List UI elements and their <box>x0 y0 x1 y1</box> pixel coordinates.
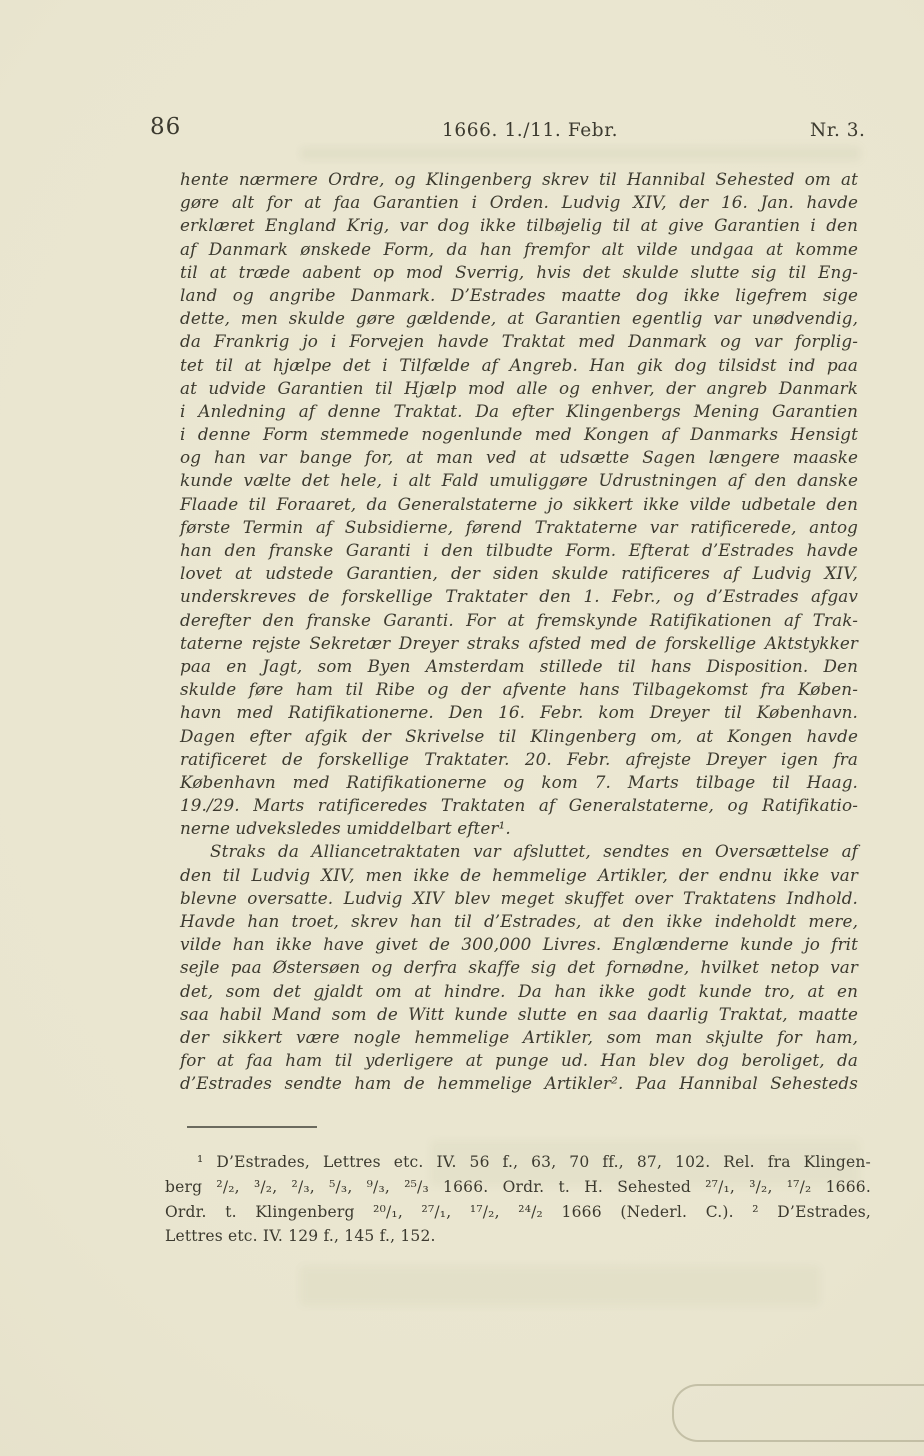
text-line: Dagen efter afgik der Skrivelse til Klin… <box>180 725 858 748</box>
footnote-line: berg ²/₂, ³/₂, ²/₃, ⁵/₃, ⁹/₃, ²⁵/₃ 1666.… <box>165 1175 871 1200</box>
text-line-paragraph-end: nerne udveksledes umiddelbart efter¹. <box>180 817 858 840</box>
text-line: kunde vælte det hele, i alt Fald umuligg… <box>180 469 858 492</box>
footnote-separator-rule <box>187 1126 317 1128</box>
text-line-paragraph-start: Straks da Alliancetraktaten var afslutte… <box>180 840 858 863</box>
text-line: gøre alt for at faa Garantien i Orden. L… <box>180 191 858 214</box>
main-text-block: hente nærmere Ordre, og Klingenberg skre… <box>180 168 858 1096</box>
page-number: 86 <box>150 114 181 140</box>
text-line: den til Ludvig XIV, men ikke de hemmelig… <box>180 864 858 887</box>
text-line: København med Ratifikationerne og kom 7.… <box>180 771 858 794</box>
show-through-ghost <box>300 147 860 160</box>
text-line: lovet at udstede Garantien, der siden sk… <box>180 562 858 585</box>
text-line: 19./29. Marts ratificeredes Traktaten af… <box>180 794 858 817</box>
text-line: vilde han ikke have givet de 300,000 Liv… <box>180 933 858 956</box>
text-line: d’Estrades sendte ham de hemmelige Artik… <box>180 1072 858 1095</box>
show-through-ghost <box>300 1266 820 1306</box>
text-line: underskreves de forskellige Traktater de… <box>180 585 858 608</box>
text-line: erklæret England Krig, var dog ikke tilb… <box>180 214 858 237</box>
text-line: blevne oversatte. Ludvig XIV blev meget … <box>180 887 858 910</box>
book-page-scan: 86 1666. 1./11. Febr. Nr. 3. hente nærme… <box>0 0 924 1456</box>
footnote-line: ¹ D’Estrades, Lettres etc. IV. 56 f., 63… <box>165 1150 871 1175</box>
scan-corner-outline-artifact <box>672 1384 924 1442</box>
text-line: til at træde aabent op mod Sverrig, hvis… <box>180 261 858 284</box>
text-line: taterne rejste Sekretær Dreyer straks af… <box>180 632 858 655</box>
text-line: at udvide Garantien til Hjælp mod alle o… <box>180 377 858 400</box>
running-head-date: 1666. 1./11. Febr. <box>442 120 618 141</box>
text-line: skulde føre ham til Ribe og der afvente … <box>180 678 858 701</box>
text-line: havn med Ratifikationerne. Den 16. Febr.… <box>180 701 858 724</box>
text-line: tet til at hjælpe det i Tilfælde af Angr… <box>180 354 858 377</box>
text-line: hente nærmere Ordre, og Klingenberg skre… <box>180 168 858 191</box>
text-line: i denne Form stemmede nogenlunde med Kon… <box>180 423 858 446</box>
text-line: dette, men skulde gøre gældende, at Gara… <box>180 307 858 330</box>
text-line: ratificeret de forskellige Traktater. 20… <box>180 748 858 771</box>
text-line: han den franske Garanti i den tilbudte F… <box>180 539 858 562</box>
footnote-line: Lettres etc. IV. 129 f., 145 f., 152. <box>165 1224 871 1249</box>
text-line: Havde han troet, skrev han til d’Estrade… <box>180 910 858 933</box>
text-line: i Anledning af denne Traktat. Da efter K… <box>180 400 858 423</box>
text-line: Flaade til Foraaret, da Generalstaterne … <box>180 493 858 516</box>
text-line: land og angribe Danmark. D’Estrades maat… <box>180 284 858 307</box>
text-line: da Frankrig jo i Forvejen havde Traktat … <box>180 330 858 353</box>
text-line: og han var bange for, at man ved at udsæ… <box>180 446 858 469</box>
text-line: derefter den franske Garanti. For at fre… <box>180 609 858 632</box>
text-line: saa habil Mand som de Witt kunde slutte … <box>180 1003 858 1026</box>
text-line: sejle paa Østersøen og derfra skaffe sig… <box>180 956 858 979</box>
text-line: af Danmark ønskede Form, da han fremfor … <box>180 238 858 261</box>
footnotes-block: ¹ D’Estrades, Lettres etc. IV. 56 f., 63… <box>165 1150 871 1249</box>
text-line: første Termin af Subsidierne, førend Tra… <box>180 516 858 539</box>
document-number: Nr. 3. <box>810 120 865 141</box>
text-line: der sikkert være nogle hemmelige Artikle… <box>180 1026 858 1049</box>
text-line: det, som det gjaldt om at hindre. Da han… <box>180 980 858 1003</box>
footnote-line: Ordr. t. Klingenberg ²⁰/₁, ²⁷/₁, ¹⁷/₂, ²… <box>165 1200 871 1225</box>
text-line: paa en Jagt, som Byen Amsterdam stillede… <box>180 655 858 678</box>
text-line: for at faa ham til yderligere at punge u… <box>180 1049 858 1072</box>
